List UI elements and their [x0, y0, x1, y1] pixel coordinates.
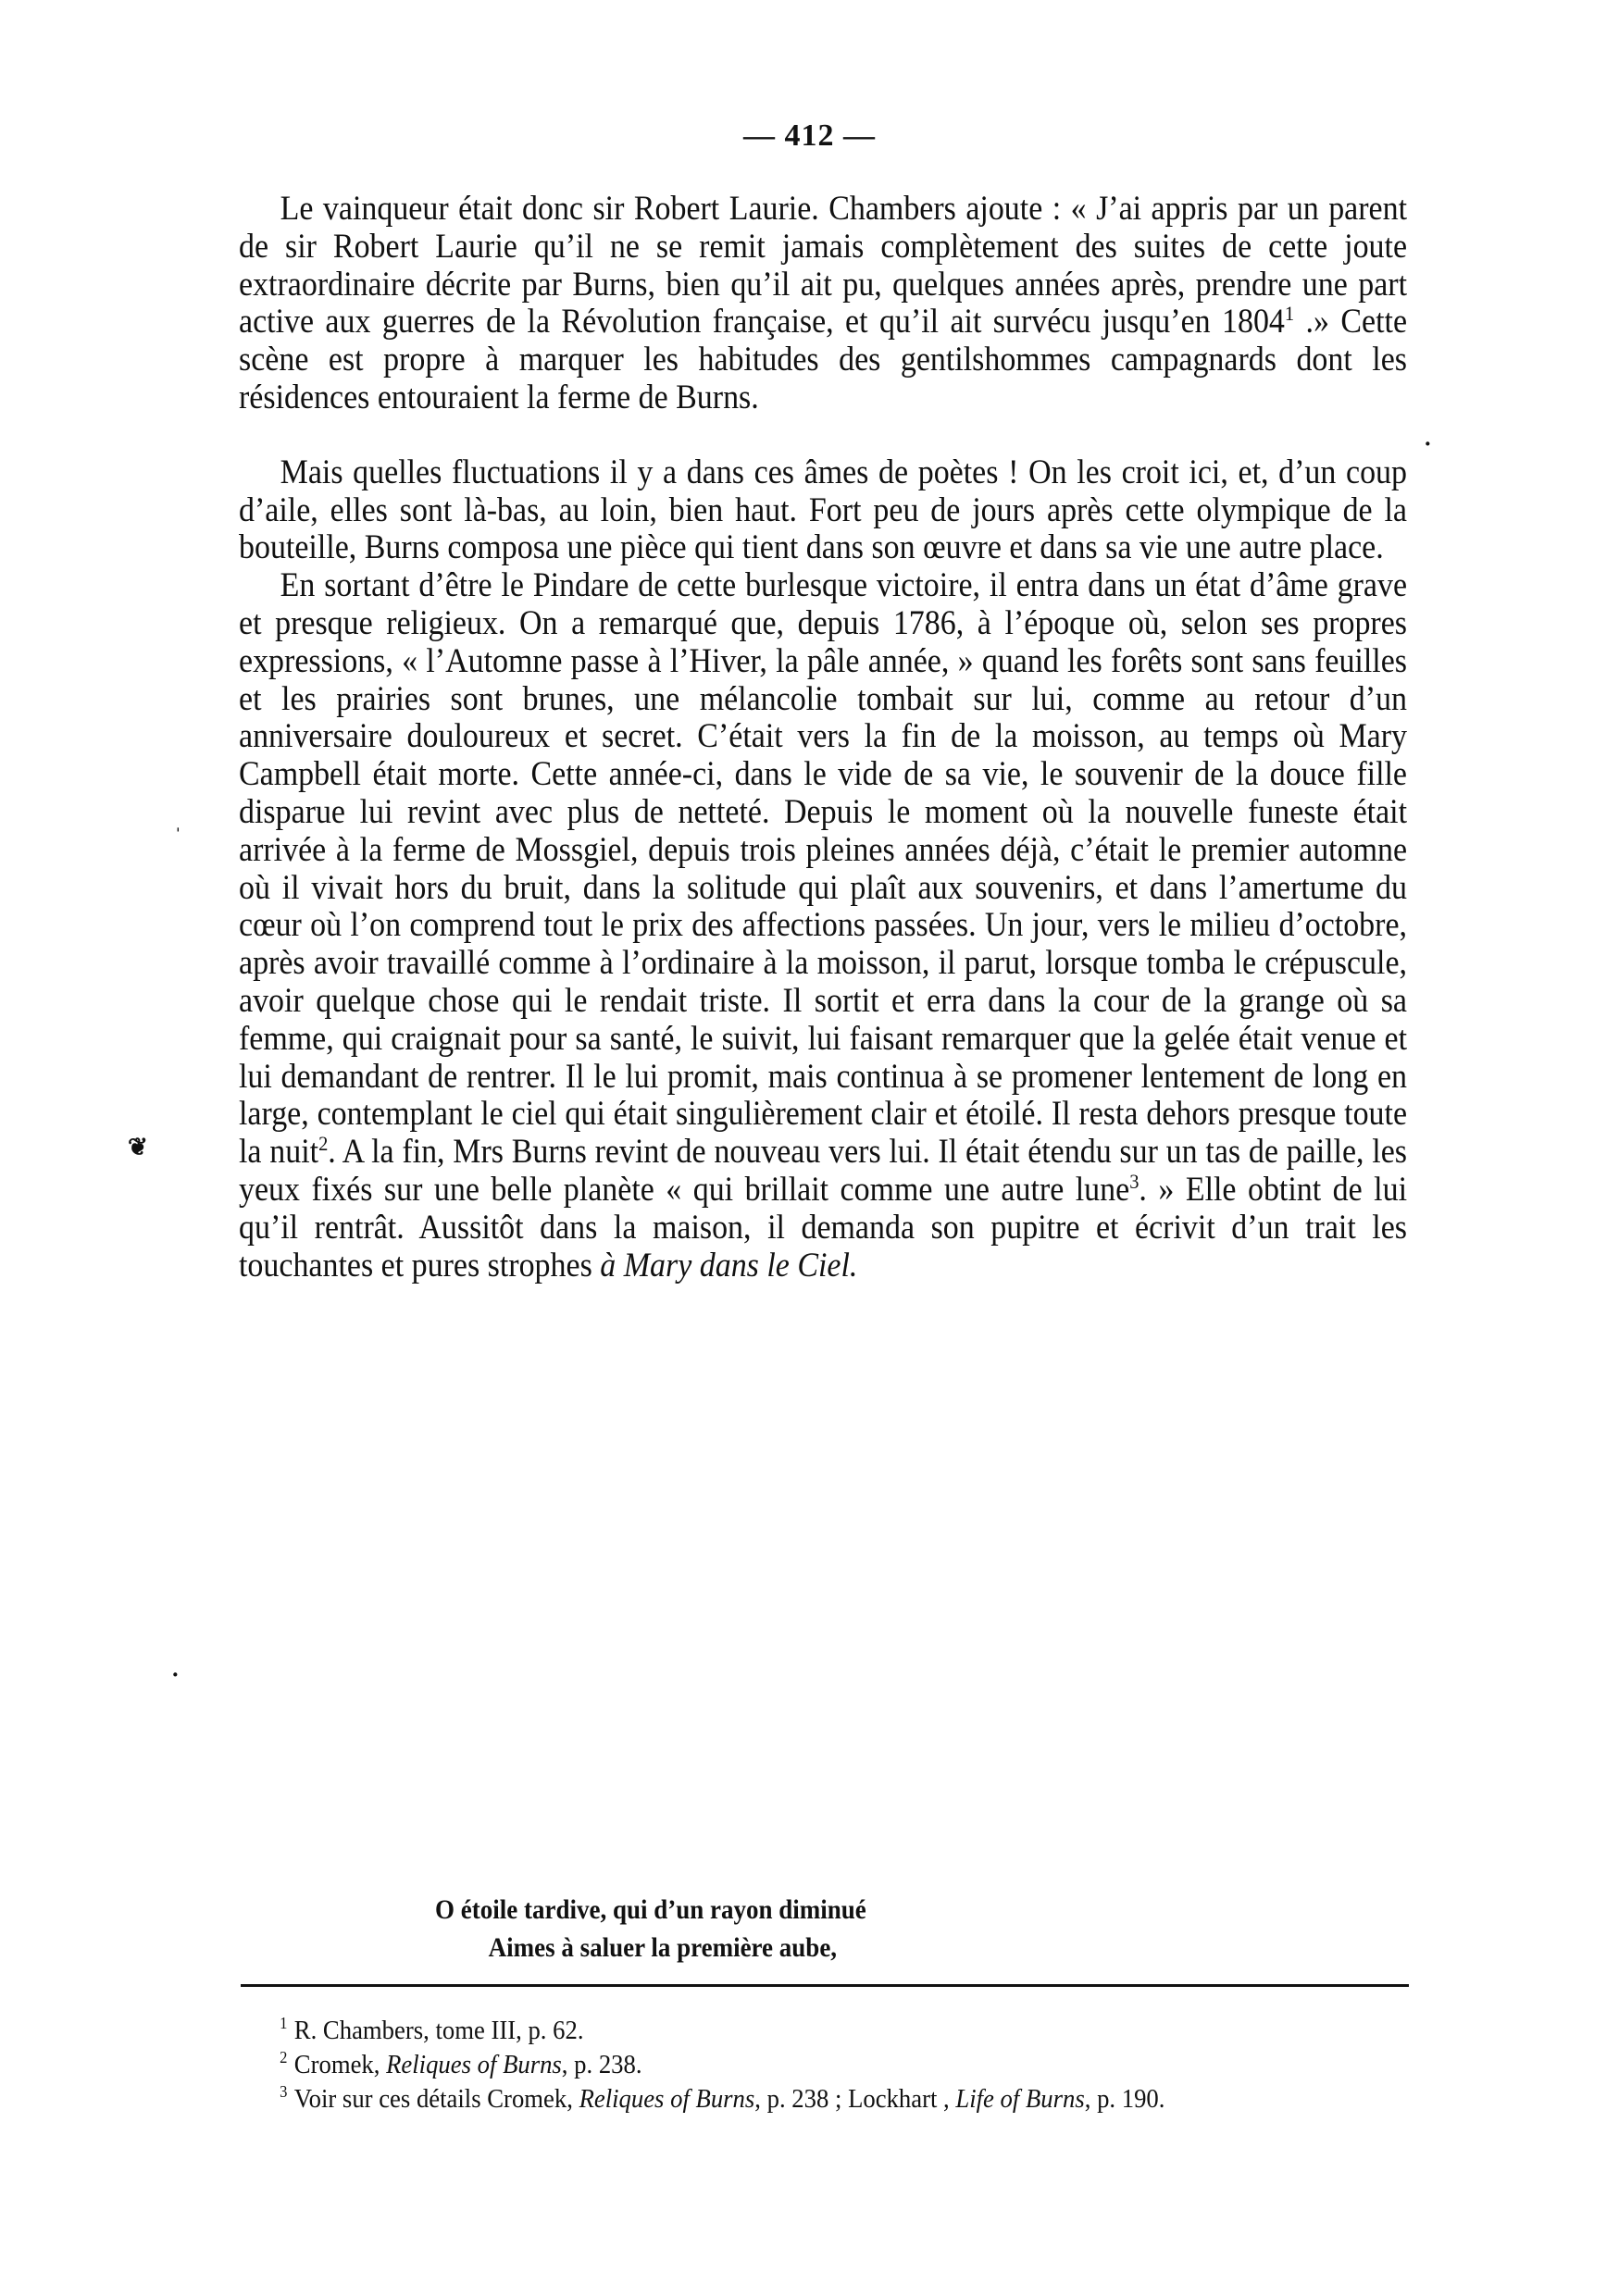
margin-dot-mark-right: ·: [1424, 430, 1432, 458]
footnote-mark-3: 3: [280, 2082, 287, 2101]
poem-title: à Mary dans le Ciel.: [600, 1246, 857, 1284]
paragraph-1: Le vainqueur était donc sir Robert Lauri…: [239, 190, 1407, 416]
footnote-ref-3[interactable]: 3: [1129, 1170, 1139, 1193]
footnote-1-text: R. Chambers, tome III, p. 62.: [294, 2016, 584, 2045]
paragraph-2-text: Mais quelles fluctuations il y a dans ce…: [239, 453, 1407, 566]
body-text: Le vainqueur était donc sir Robert Lauri…: [239, 190, 1407, 1284]
footnote-mark-2: 2: [280, 2048, 287, 2066]
paragraph-1-text-a: Le vainqueur était donc sir Robert Lauri…: [239, 189, 1407, 340]
margin-tick-mark: ˌ: [174, 805, 182, 833]
footnote-3: 3Voir sur ces détails Cromek, Reliques o…: [239, 2082, 1431, 2116]
footnote-ref-1[interactable]: 1: [1285, 302, 1294, 325]
footnote-2-after: , p. 238.: [562, 2050, 642, 2079]
footnote-2-text: Cromek,: [294, 2050, 386, 2079]
footnote-2: 2Cromek, Reliques of Burns, p. 238.: [239, 2048, 1431, 2082]
verse-line-1: O étoile tardive, qui d’un rayon diminué: [435, 1891, 866, 1929]
footnote-1: 1R. Chambers, tome III, p. 62.: [239, 2014, 1431, 2048]
footnote-3-after-1: , p. 238 ; Lockhart ,: [754, 2084, 955, 2114]
margin-ornament-icon: ❦: [128, 1134, 148, 1161]
paragraph-3-text-a: En sortant d’être le Pindare de cette bu…: [239, 565, 1407, 1170]
paragraph-3: En sortant d’être le Pindare de cette bu…: [239, 566, 1407, 1284]
footnote-3-after-2: , p. 190.: [1085, 2084, 1165, 2114]
page-number: — 412 —: [0, 118, 1619, 154]
footnote-mark-1: 1: [280, 2014, 287, 2032]
footnote-separator: [241, 1984, 1409, 1987]
verse-quote: O étoile tardive, qui d’un rayon diminué…: [435, 1891, 866, 1967]
footnotes: 1R. Chambers, tome III, p. 62. 2Cromek, …: [239, 2014, 1431, 2116]
footnote-3-title-1: Reliques of Burns: [579, 2084, 755, 2114]
footnote-2-title: Reliques of Burns: [386, 2050, 562, 2079]
footnote-3-title-2: Life of Burns: [955, 2084, 1084, 2114]
paragraph-gap: [239, 416, 1407, 453]
paragraph-2: Mais quelles fluctuations il y a dans ce…: [239, 453, 1407, 566]
footnote-3-text: Voir sur ces détails Cromek,: [294, 2084, 579, 2114]
verse-line-2: Aimes à saluer la première aube,: [435, 1929, 866, 1967]
footnote-ref-2[interactable]: 2: [318, 1132, 328, 1155]
margin-dot-mark: ·: [171, 1661, 180, 1689]
